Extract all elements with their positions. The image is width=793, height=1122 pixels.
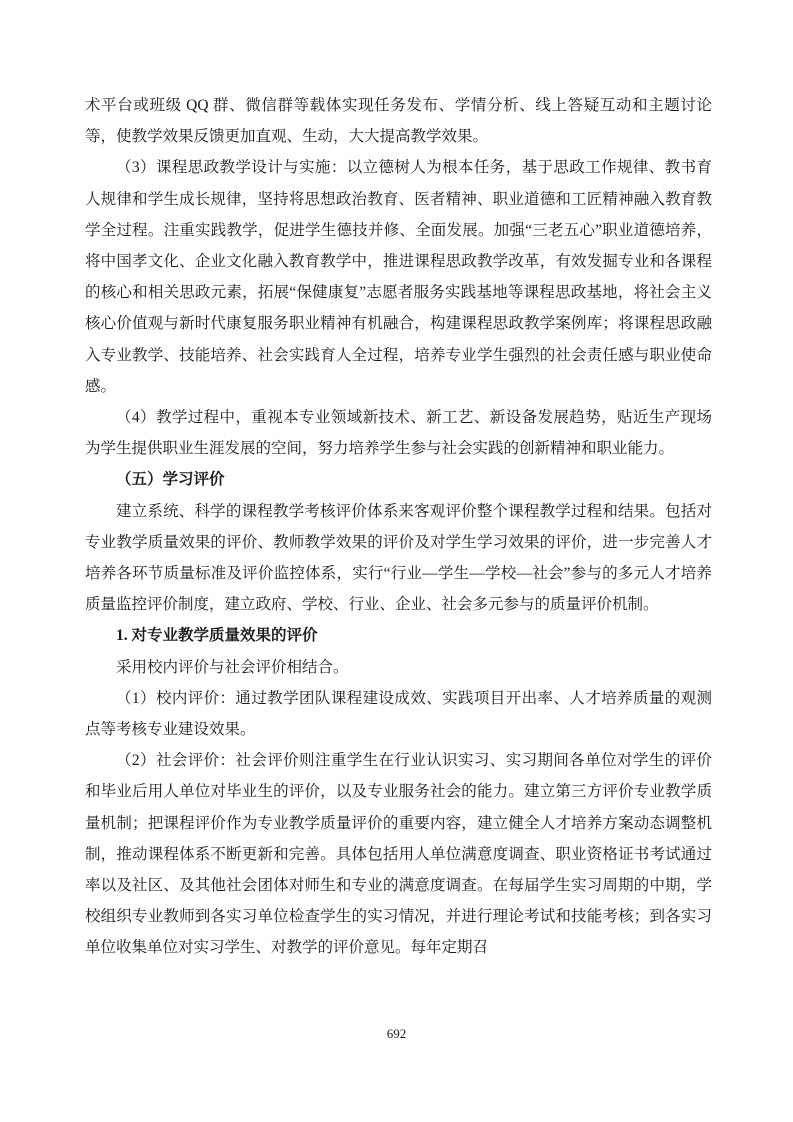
paragraph: （4）教学过程中，重视本专业领域新技术、新工艺、新设备发展趋势，贴近生产现场为学… [85,402,712,464]
section-heading: （五）学习评价 [85,464,712,495]
document-body: 术平台或班级 QQ 群、微信群等载体实现任务发布、学情分析、线上答疑互动和主题讨… [85,90,712,964]
paragraph: （3）课程思政教学设计与实施：以立德树人为根本任务，基于思政工作规律、教书育人规… [85,152,712,402]
section-heading: 1. 对专业教学质量效果的评价 [85,620,712,651]
paragraph: 建立系统、科学的课程教学考核评价体系来客观评价整个课程教学过程和结果。包括对专业… [85,496,712,621]
paragraph: （2）社会评价：社会评价则注重学生在行业认识实习、实习期间各单位对学生的评价和毕… [85,745,712,963]
paragraph: 采用校内评价与社会评价相结合。 [85,652,712,683]
paragraph: （1）校内评价：通过教学团队课程建设成效、实践项目开出率、人才培养质量的观测点等… [85,683,712,745]
paragraph: 术平台或班级 QQ 群、微信群等载体实现任务发布、学情分析、线上答疑互动和主题讨… [85,90,712,152]
page-number: 692 [0,1026,793,1042]
document-page: 术平台或班级 QQ 群、微信群等载体实现任务发布、学情分析、线上答疑互动和主题讨… [0,0,793,1122]
